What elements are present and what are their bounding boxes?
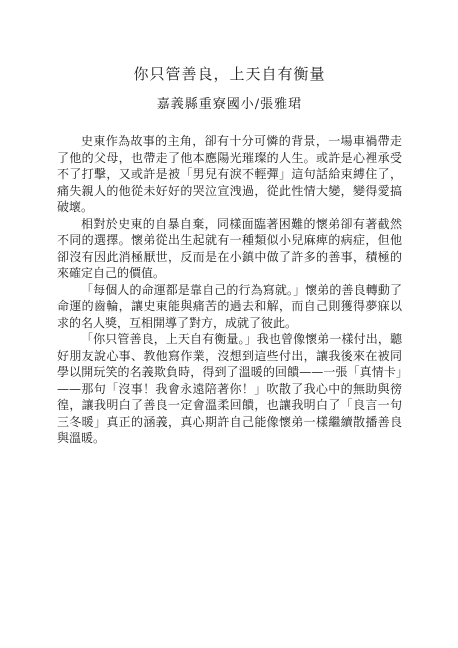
- essay-paragraph: 「你只管善良，上天自有衡量。」我也曾像懷弟一樣付出，聽好朋友說心事、教他寫作業，…: [57, 331, 402, 447]
- essay-byline: 嘉義縣重寮國小/張雅珺: [57, 96, 402, 113]
- essay-title: 你只管善良，上天自有衡量: [57, 64, 402, 84]
- essay-paragraph: 「每個人的命運都是靠自己的行為寫就。」懷弟的善良轉動了命運的齒輪，讓史東能與痛苦…: [57, 282, 402, 332]
- essay-paragraph: 相對於史東的自暴自棄，同樣面臨著困難的懷弟卻有著截然不同的選擇。懷弟從出生起就有…: [57, 216, 402, 282]
- document-page: 你只管善良，上天自有衡量 嘉義縣重寮國小/張雅珺 史東作為故事的主角，卻有十分可…: [0, 0, 458, 648]
- essay-body: 史東作為故事的主角，卻有十分可憐的背景，一場車禍帶走了他的父母，也帶走了他本應陽…: [57, 133, 402, 447]
- essay-paragraph: 史東作為故事的主角，卻有十分可憐的背景，一場車禍帶走了他的父母，也帶走了他本應陽…: [57, 133, 402, 216]
